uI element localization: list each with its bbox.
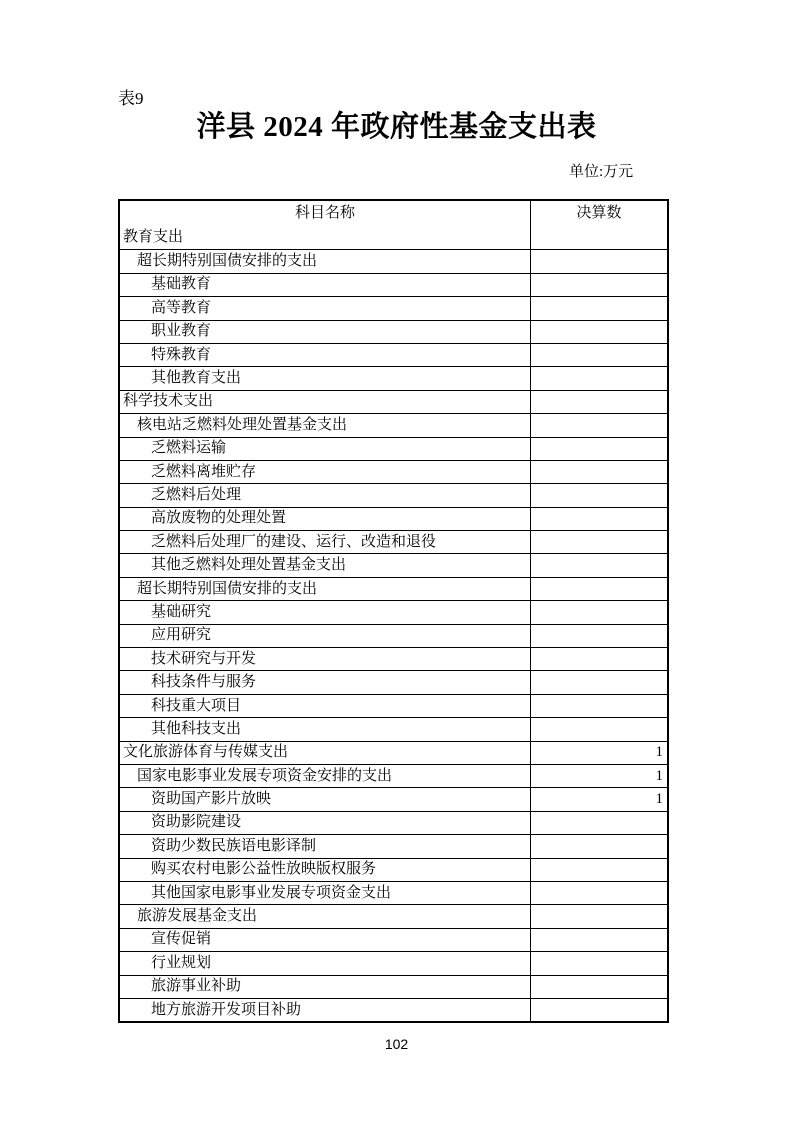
amount-cell bbox=[530, 554, 667, 576]
subject-name-cell: 文化旅游体育与传媒支出 bbox=[120, 742, 530, 764]
table-row: 教育支出 bbox=[120, 226, 667, 249]
subject-name-cell: 其他科技支出 bbox=[120, 718, 530, 740]
table-row: 乏燃料运输 bbox=[120, 437, 667, 460]
table-row: 高放废物的处理处置 bbox=[120, 507, 667, 530]
budget-table: 科目名称 决算数 教育支出超长期特别国债安排的支出基础教育高等教育职业教育特殊教… bbox=[118, 199, 669, 1023]
amount-cell bbox=[530, 297, 667, 319]
table-row: 职业教育 bbox=[120, 320, 667, 343]
amount-cell: 1 bbox=[530, 742, 667, 764]
amount-cell bbox=[530, 391, 667, 413]
subject-name-cell: 特殊教育 bbox=[120, 344, 530, 366]
table-row: 其他科技支出 bbox=[120, 717, 667, 740]
subject-name-cell: 国家电影事业发展专项资金安排的支出 bbox=[120, 765, 530, 787]
unit-label: 单位:万元 bbox=[569, 160, 633, 181]
subject-name-cell: 超长期特别国债安排的支出 bbox=[120, 578, 530, 600]
table-row: 旅游事业补助 bbox=[120, 975, 667, 998]
subject-name-cell: 资助国产影片放映 bbox=[120, 788, 530, 810]
table-row: 乏燃料后处理 bbox=[120, 483, 667, 506]
subject-name-cell: 其他教育支出 bbox=[120, 367, 530, 389]
subject-name-cell: 其他乏燃料处理处置基金支出 bbox=[120, 554, 530, 576]
table-row: 宣传促销 bbox=[120, 928, 667, 951]
table-row: 地方旅游开发项目补助 bbox=[120, 998, 667, 1021]
table-row: 技术研究与开发 bbox=[120, 647, 667, 670]
subject-name-cell: 核电站乏燃料处理处置基金支出 bbox=[120, 414, 530, 436]
amount-cell bbox=[530, 835, 667, 857]
amount-cell bbox=[530, 999, 667, 1021]
amount-cell bbox=[530, 718, 667, 740]
subject-name-cell: 资助影院建设 bbox=[120, 812, 530, 834]
subject-name-cell: 旅游发展基金支出 bbox=[120, 905, 530, 927]
amount-cell bbox=[530, 929, 667, 951]
amount-cell: 1 bbox=[530, 765, 667, 787]
subject-name-cell: 旅游事业补助 bbox=[120, 976, 530, 998]
amount-cell bbox=[530, 367, 667, 389]
subject-name-cell: 乏燃料离堆贮存 bbox=[120, 461, 530, 483]
table-row: 应用研究 bbox=[120, 624, 667, 647]
amount-cell bbox=[530, 274, 667, 296]
subject-name-cell: 科技重大项目 bbox=[120, 695, 530, 717]
subject-name-cell: 高等教育 bbox=[120, 297, 530, 319]
table-row: 资助少数民族语电影译制 bbox=[120, 834, 667, 857]
table-row: 超长期特别国债安排的支出 bbox=[120, 577, 667, 600]
amount-cell bbox=[530, 648, 667, 670]
table-body: 教育支出超长期特别国债安排的支出基础教育高等教育职业教育特殊教育其他教育支出科学… bbox=[120, 226, 667, 1021]
table-row: 文化旅游体育与传媒支出1 bbox=[120, 741, 667, 764]
page-title: 洋县 2024 年政府性基金支出表 bbox=[0, 104, 793, 145]
amount-cell bbox=[530, 859, 667, 881]
amount-cell bbox=[530, 531, 667, 553]
table-row: 其他教育支出 bbox=[120, 366, 667, 389]
table-row: 乏燃料离堆贮存 bbox=[120, 460, 667, 483]
subject-name-cell: 地方旅游开发项目补助 bbox=[120, 999, 530, 1021]
amount-cell bbox=[530, 578, 667, 600]
subject-name-cell: 高放废物的处理处置 bbox=[120, 508, 530, 530]
table-row: 科技条件与服务 bbox=[120, 670, 667, 693]
subject-name-cell: 乏燃料后处理厂的建设、运行、改造和退役 bbox=[120, 531, 530, 553]
amount-cell bbox=[530, 695, 667, 717]
subject-name-cell: 基础研究 bbox=[120, 601, 530, 623]
subject-name-cell: 行业规划 bbox=[120, 952, 530, 974]
subject-name-cell: 基础教育 bbox=[120, 274, 530, 296]
amount-cell bbox=[530, 625, 667, 647]
amount-cell bbox=[530, 601, 667, 623]
table-row: 国家电影事业发展专项资金安排的支出1 bbox=[120, 764, 667, 787]
subject-name-cell: 其他国家电影事业发展专项资金支出 bbox=[120, 882, 530, 904]
table-row: 乏燃料后处理厂的建设、运行、改造和退役 bbox=[120, 530, 667, 553]
table-row: 核电站乏燃料处理处置基金支出 bbox=[120, 413, 667, 436]
table-header-row: 科目名称 决算数 bbox=[120, 201, 667, 226]
table-row: 行业规划 bbox=[120, 951, 667, 974]
amount-cell bbox=[530, 344, 667, 366]
column-header-subject-name: 科目名称 bbox=[120, 201, 530, 226]
subject-name-cell: 科学技术支出 bbox=[120, 391, 530, 413]
table-row: 高等教育 bbox=[120, 296, 667, 319]
subject-name-cell: 购买农村电影公益性放映版权服务 bbox=[120, 859, 530, 881]
table-row: 其他国家电影事业发展专项资金支出 bbox=[120, 881, 667, 904]
table-row: 购买农村电影公益性放映版权服务 bbox=[120, 858, 667, 881]
table-row: 基础教育 bbox=[120, 273, 667, 296]
column-header-final-amount: 决算数 bbox=[530, 201, 667, 226]
amount-cell bbox=[530, 882, 667, 904]
amount-cell bbox=[530, 414, 667, 436]
subject-name-cell: 乏燃料后处理 bbox=[120, 484, 530, 506]
amount-cell bbox=[530, 438, 667, 460]
amount-cell bbox=[530, 250, 667, 272]
table-row: 资助国产影片放映1 bbox=[120, 787, 667, 810]
subject-name-cell: 资助少数民族语电影译制 bbox=[120, 835, 530, 857]
subject-name-cell: 应用研究 bbox=[120, 625, 530, 647]
amount-cell bbox=[530, 508, 667, 530]
subject-name-cell: 乏燃料运输 bbox=[120, 438, 530, 460]
amount-cell bbox=[530, 226, 667, 249]
subject-name-cell: 职业教育 bbox=[120, 321, 530, 343]
subject-name-cell: 教育支出 bbox=[120, 226, 530, 249]
subject-name-cell: 超长期特别国债安排的支出 bbox=[120, 250, 530, 272]
amount-cell bbox=[530, 671, 667, 693]
amount-cell bbox=[530, 952, 667, 974]
table-row: 资助影院建设 bbox=[120, 811, 667, 834]
amount-cell bbox=[530, 812, 667, 834]
subject-name-cell: 技术研究与开发 bbox=[120, 648, 530, 670]
table-row: 科学技术支出 bbox=[120, 390, 667, 413]
amount-cell bbox=[530, 461, 667, 483]
amount-cell bbox=[530, 321, 667, 343]
amount-cell bbox=[530, 976, 667, 998]
table-row: 旅游发展基金支出 bbox=[120, 904, 667, 927]
table-row: 其他乏燃料处理处置基金支出 bbox=[120, 553, 667, 576]
table-row: 科技重大项目 bbox=[120, 694, 667, 717]
page-number: 102 bbox=[0, 1036, 793, 1052]
amount-cell: 1 bbox=[530, 788, 667, 810]
amount-cell bbox=[530, 905, 667, 927]
subject-name-cell: 宣传促销 bbox=[120, 929, 530, 951]
amount-cell bbox=[530, 484, 667, 506]
subject-name-cell: 科技条件与服务 bbox=[120, 671, 530, 693]
table-row: 超长期特别国债安排的支出 bbox=[120, 249, 667, 272]
table-row: 特殊教育 bbox=[120, 343, 667, 366]
table-row: 基础研究 bbox=[120, 600, 667, 623]
document-page: 表9 洋县 2024 年政府性基金支出表 单位:万元 科目名称 决算数 教育支出… bbox=[0, 0, 793, 1122]
